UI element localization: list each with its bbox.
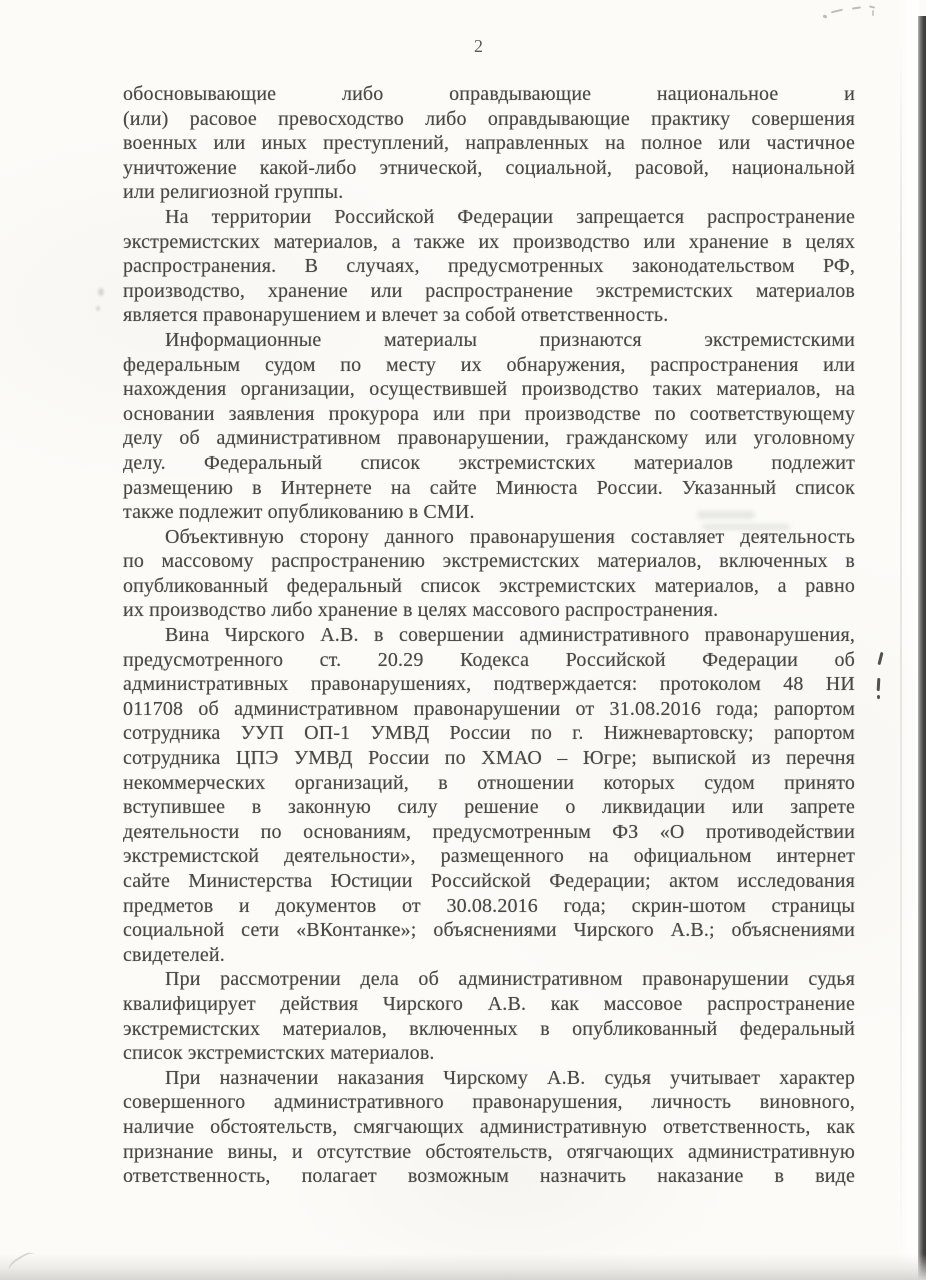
scanned-document-screenshot: { "page": { "number": "2" }, "colors": {… — [0, 0, 926, 1280]
document-page: 2 обосновывающие либо оправдывающие наци… — [0, 0, 926, 1280]
text-line: распространения. В случаях, предусмотрен… — [123, 254, 855, 279]
pencil-mark — [852, 6, 861, 9]
text-line: социальной сети «ВКонтанке»; объяснениям… — [123, 918, 855, 943]
text-line: сайте Министерства Юстиции Российской Фе… — [123, 869, 855, 894]
text-line: или религиозной группы. — [123, 180, 855, 205]
text-line: экстремистских материалов, а также их пр… — [123, 230, 855, 255]
text-line: административных правонарушениях, подтве… — [123, 672, 855, 697]
text-line: по массовому распространению экстремистс… — [123, 549, 855, 574]
text-line: делу об административном правонарушении,… — [123, 426, 855, 451]
stray-ink-mark — [877, 652, 883, 665]
pencil-mark — [823, 14, 828, 18]
text-line: военных или иных преступлений, направлен… — [123, 131, 855, 156]
text-line: экстремистских материалов, включенных в … — [123, 1017, 855, 1042]
stray-ink-mark — [877, 695, 880, 699]
text-line: сотрудника ЦПЭ УМВД России по ХМАО – Югр… — [123, 746, 855, 771]
text-line: При рассмотрении дела об административно… — [123, 967, 855, 992]
text-line: размещению в Интернете на сайте Минюста … — [123, 476, 855, 501]
text-line: уничтожение какой-либо этнической, социа… — [123, 156, 855, 181]
text-line: является правонарушением и влечет за соб… — [123, 303, 855, 328]
text-line: свидетелей. — [123, 943, 855, 968]
text-line: делу. Федеральный список экстремистских … — [123, 451, 855, 476]
text-line: их производство либо хранение в целях ма… — [123, 598, 855, 623]
text-line: основании заявления прокурора или при пр… — [123, 402, 855, 427]
pencil-mark — [869, 5, 875, 8]
text-line: (или) расовое превосходство либо оправды… — [123, 107, 855, 132]
text-line: список экстремистских материалов. — [123, 1041, 855, 1066]
text-line: деятельности по основаниям, предусмотрен… — [123, 820, 855, 845]
text-line: федеральным судом по месту их обнаружени… — [123, 353, 855, 378]
scan-page-edge-shadow — [918, 16, 926, 1280]
text-line: На территории Российской Федерации запре… — [123, 205, 855, 230]
pencil-mark — [872, 10, 874, 16]
text-line: опубликованный федеральный список экстре… — [123, 574, 855, 599]
text-line: нахождения организации, осуществившей пр… — [123, 377, 855, 402]
pencil-mark — [831, 9, 843, 14]
text-line: предусмотренного ст. 20.29 Кодекса Росси… — [123, 648, 855, 673]
text-line: Информационные материалы признаются экст… — [123, 328, 855, 353]
text-line: совершенного административного правонару… — [123, 1090, 855, 1115]
text-line: производство, хранение или распространен… — [123, 279, 855, 304]
text-line: 011708 об административном правонарушени… — [123, 697, 855, 722]
bleed-through-mark — [697, 511, 755, 519]
text-line: признание вины, и отсутствие обстоятельс… — [123, 1140, 855, 1165]
text-line: квалифицирует действия Чирского А.В. как… — [123, 992, 855, 1017]
text-line: обосновывающие либо оправдывающие национ… — [123, 82, 855, 107]
text-line: вступившее в законную силу решение о лик… — [123, 795, 855, 820]
page-number: 2 — [123, 36, 835, 57]
text-line: экстремистской деятельности», размещенно… — [123, 844, 855, 869]
text-line: предметов и документов от 30.08.2016 год… — [123, 894, 855, 919]
text-line: Вина Чирского А.В. в совершении админист… — [123, 623, 855, 648]
text-line: сотрудника УУП ОП-1 УМВД России по г. Ни… — [123, 721, 855, 746]
scan-edge-seam — [900, 40, 902, 1260]
scan-speck — [98, 288, 104, 296]
scan-edge-highlight — [895, 0, 919, 1280]
scan-speck — [96, 306, 100, 311]
text-line: При назначении наказания Чирскому А.В. с… — [123, 1066, 855, 1091]
document-text: обосновывающие либо оправдывающие национ… — [123, 82, 855, 1189]
stray-ink-mark — [877, 678, 881, 691]
text-line: наличие обстоятельств, смягчающих админи… — [123, 1115, 855, 1140]
scan-bottom-shadow — [0, 1254, 926, 1280]
text-line: некоммерческих организаций, в отношении … — [123, 771, 855, 796]
bleed-through-mark — [702, 524, 790, 530]
text-line: ответственность, полагает возможным назн… — [123, 1164, 855, 1189]
